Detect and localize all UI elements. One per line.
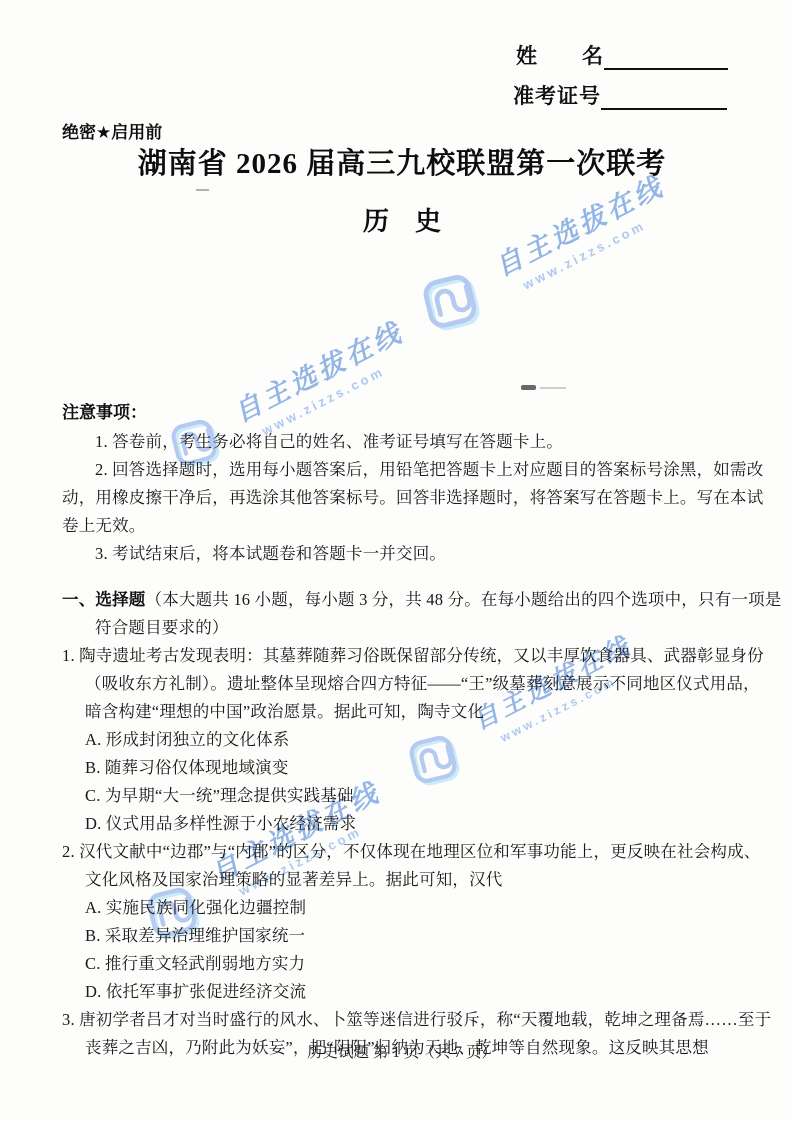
option-line: C. 为早期“大一统”理念提供实践基础 <box>62 782 746 810</box>
ticket-number-label: 准考证号 <box>513 84 601 110</box>
question-line: 2. 汉代文献中“边郡”与“内郡”的区分，不仅体现在地理区位和军事功能上，更反映… <box>62 838 746 866</box>
option-line: A. 实施民族同化强化边疆控制 <box>62 894 746 922</box>
option-line: B. 采取差异治理维护国家统一 <box>62 922 746 950</box>
ticket-blank-line <box>601 84 727 110</box>
section-heading: 一、选择题（本大题共 16 小题，每小题 3 分，共 48 分。在每小题给出的四… <box>62 586 746 614</box>
exam-title: 湖南省 2026 届高三九校联盟第一次联考 <box>62 142 742 186</box>
exam-body: 注意事项： 1. 答卷前，考生务必将自己的姓名、准考证号填写在答题卡上。 2. … <box>62 398 746 1062</box>
print-artifact <box>540 387 566 389</box>
option-line: A. 形成封闭独立的文化体系 <box>62 726 746 754</box>
question-line: 3. 唐初学者吕才对当时盛行的风水、卜筮等迷信进行驳斥，称“天覆地载，乾坤之理备… <box>62 1006 746 1034</box>
notice-line: 3. 考试结束后，将本试题卷和答题卡一并交回。 <box>62 540 746 568</box>
zizzs-logo-icon <box>417 268 485 336</box>
print-artifact <box>196 189 209 191</box>
question-line: 文化风格及国家治理策略的显著差异上。据此可知，汉代 <box>62 866 746 894</box>
exam-subject: 历 史 <box>62 202 742 242</box>
classified-notice: 绝密★启用前 <box>62 118 162 143</box>
notice-line: 动，用橡皮擦干净后，再选涂其他答案标号。回答非选择题时，将答案写在答题卡上。写在… <box>62 484 746 512</box>
section-description: （本大题共 16 小题，每小题 3 分，共 48 分。在每小题给出的四个选项中，… <box>146 590 782 609</box>
question-line: （吸收东方礼制）。遗址整体呈现熔合四方特征——“王”级墓葬刻意展示不同地区仪式用… <box>62 670 746 698</box>
section-label: 一、选择题 <box>62 591 146 609</box>
question-line: 暗含构建“理想的中国”政治愿景。据此可知，陶寺文化 <box>62 698 746 726</box>
notice-line: 2. 回答选择题时，选用每小题答案后，用铅笔把答题卡上对应题目的答案标号涂黑，如… <box>62 456 746 484</box>
page-footer: 历史试题 第 1 页（共 7 页） <box>62 1044 742 1062</box>
ticket-number-field: 准考证号 <box>513 84 727 110</box>
name-blank-line <box>604 44 728 70</box>
option-line: C. 推行重文轻武削弱地方实力 <box>62 950 746 978</box>
notice-line: 卷上无效。 <box>62 512 746 540</box>
notice-heading: 注意事项： <box>62 398 746 428</box>
notice-line: 1. 答卷前，考生务必将自己的姓名、准考证号填写在答题卡上。 <box>62 428 746 456</box>
section-description-line2: 符合题目要求的） <box>62 614 746 642</box>
exam-paper-page: 自主选拔在线 www.zizzs.com 自主选拔在线 www.zizzs.co… <box>0 0 793 1121</box>
option-line: B. 随葬习俗仅体现地域演变 <box>62 754 746 782</box>
name-label: 姓 名 <box>516 44 604 70</box>
question-line: 1. 陶寺遗址考古发现表明：其墓葬随葬习俗既保留部分传统，又以丰厚饮食器具、武器… <box>62 642 746 670</box>
option-line: D. 仪式用品多样性源于小农经济需求 <box>62 810 746 838</box>
option-line: D. 依托军事扩张促进经济交流 <box>62 978 746 1006</box>
print-artifact <box>521 385 536 390</box>
name-field: 姓 名 <box>516 44 728 70</box>
